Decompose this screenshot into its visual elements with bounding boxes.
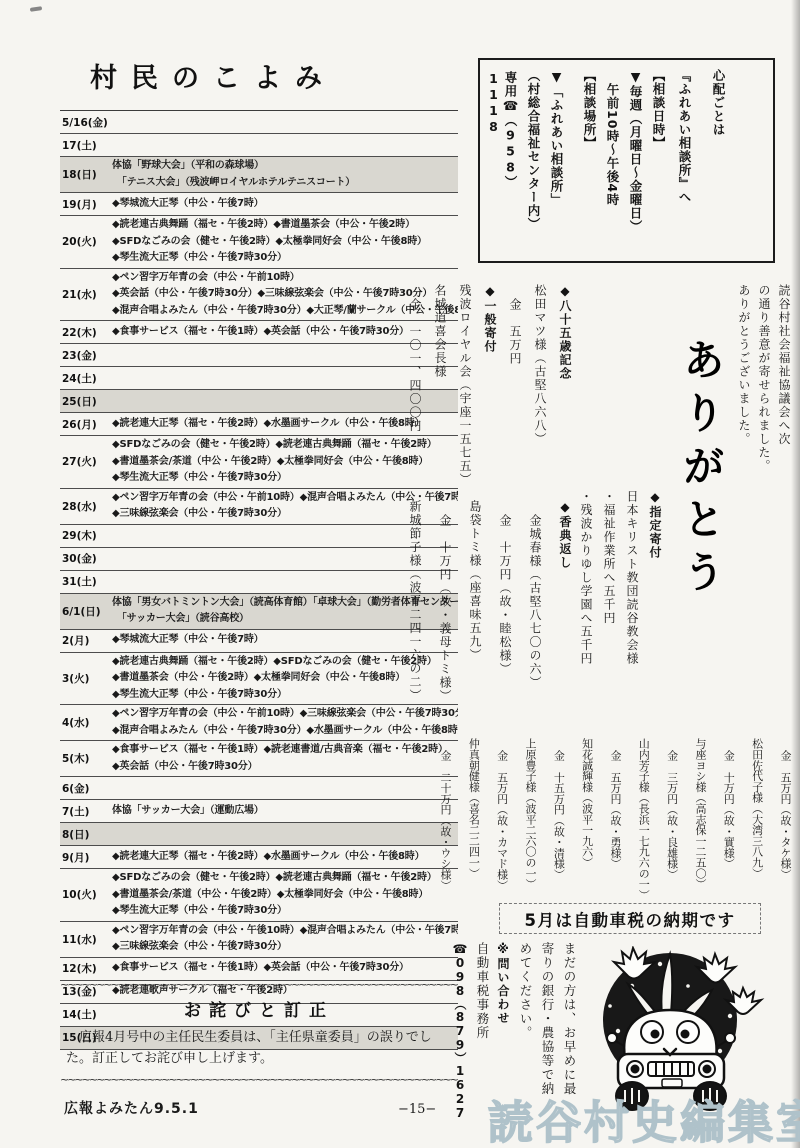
donation-entry-column: 金 一〇一、四〇〇円 [407, 298, 424, 490]
calendar-row: 5/16(金) [60, 111, 458, 134]
calendar-events: ◆食事サービス（福セ・午後1時）◆英会話（中公・午後7時30分） [112, 960, 458, 977]
condolence-entry-column: 島袋トミ様（座喜味五九） [467, 500, 484, 738]
calendar-date: 11(水) [60, 932, 112, 947]
consultation-detail-column: ▼毎週（月曜日～金曜日） [626, 69, 644, 252]
donation-entry-column: 名城道喜会長様 [432, 284, 449, 490]
calendar-date: 31(土) [60, 574, 112, 589]
calendar-row: 2(月)◆琴城流大正琴（中公・午後7時） [60, 630, 458, 653]
designated-donation-column: ◆指定寄付 [647, 490, 664, 738]
consultation-detail-column: 【相談日時】 [649, 69, 667, 252]
calendar-row: 17(土) [60, 134, 458, 157]
condolence-entry-column: 金 十万円（故・實様） [720, 750, 736, 908]
designated-donation-column: ・福祉作業所へ五千円 [601, 490, 618, 738]
correction-body: 広報4月号中の主任民生委員は、「主任県童委員」の誤りでした。訂正してお詫び申し上… [66, 1027, 452, 1069]
donation-entry-column: 金 五万円 [507, 298, 524, 490]
event-line: 体協「野球大会」（平和の森球場） [112, 158, 458, 175]
calendar-row: 6(金) [60, 777, 458, 800]
calendar-row: 10(火)◆SFDなごみの会（健セ・午後2時）◆読老連古典舞踊（福セ・午後2時）… [60, 869, 458, 922]
condolence-entry-column: 金 五万円（故・カマド様） [494, 750, 510, 908]
calendar-date: 7(土) [60, 804, 112, 819]
calendar-events: ◆琴城流大正琴（中公・午後7時） [112, 196, 458, 213]
calendar-row: 24(土) [60, 367, 458, 390]
newsletter-issue-label: 広報よみたん9.5.1 [64, 1098, 199, 1118]
condolence-entry-column: 松田佐代子様（大湾三八九） [749, 738, 765, 908]
calendar-events: 体協「野球大会」（平和の森球場） 「テニス大会」（残波岬ロイヤルホテルテニスコー… [112, 158, 458, 191]
donations-intro-column: 読谷村社会福祉協議会へ次 [776, 284, 793, 738]
calendar-row: 19(月)◆琴城流大正琴（中公・午後7時） [60, 193, 458, 216]
calendar-date: 2(月) [60, 633, 112, 648]
calendar-date: 30(金) [60, 551, 112, 566]
calendar-title: 村民のこよみ [90, 56, 458, 95]
calendar-row: 26(月)◆読老連大正琴（福セ・午後2時）◆水墨画サークル（中公・午後8時） [60, 413, 458, 436]
wavy-divider-bottom: ~~~~~~~~~~~~~~~~~~~~~~~~~~~~~~~~~~~~~~~~… [60, 1075, 458, 1085]
event-line: 「テニス大会」（残波岬ロイヤルホテルテニスコート） [112, 175, 458, 192]
condolence-entry-column: ◆香典返し [557, 500, 574, 738]
calendar-date: 12(木) [60, 961, 112, 976]
calendar-date: 5(木) [60, 751, 112, 766]
event-line: ◆三味線弦楽会（中公・午後7時30分） [112, 939, 458, 956]
calendar-date: 3(火) [60, 671, 112, 686]
designated-donations-list: ◆指定寄付日本キリスト教団読谷教会様・福祉作業所へ五千円・残波かりゆし学園へ五千… [578, 490, 664, 738]
calendar-date: 6/1(日) [60, 604, 112, 619]
event-line: 体協「サッカー大会」（運動広場） [112, 803, 458, 820]
calendar-date: 22(木) [60, 325, 112, 340]
condolence-entry-column: 金 十五万円（故・清様） [550, 750, 566, 908]
calendar-date: 19(月) [60, 197, 112, 212]
event-line: ◆ペン習字万年青の会（中公・午後10時）◆混声合唱よみたん（中公・午後7時30分… [112, 923, 458, 940]
donation-entry-column: 松田マツ様（古堅八六八） [532, 284, 549, 490]
condolence-return-list: ◆香典返し金城春様（古堅八七〇の六）金 十万円（故・睦松様）島袋トミ様（座喜味五… [437, 500, 574, 738]
event-line: ◆琴生流大正琴（中公・午後7時30分） [112, 250, 458, 267]
condolence-entry-column: 与座ヨシ様（高志保一二五〇） [692, 738, 708, 908]
condolence-entry-column: 上原豊子様（波平二六〇の一） [522, 738, 538, 908]
donation-entry-column: 残波ロイヤル会（宇座一五七五） [457, 284, 474, 490]
calendar-date: 21(水) [60, 287, 112, 302]
calendar-row: 20(火)◆読老連古典舞踊（福セ・午後2時）◆書道墨茶会（中公・午後2時）◆SF… [60, 216, 458, 269]
condolence-entry-column: 山内芳子様（長浜一七九六の一） [635, 738, 651, 908]
donations-section: 読谷村社会福祉協議会へ次の通り善意が寄せられました。ありがとうございました。 あ… [437, 272, 793, 738]
calendar-date: 23(金) [60, 348, 112, 363]
correction-notice: ~~~~~~~~~~~~~~~~~~~~~~~~~~~~~~~~~~~~~~~~… [60, 980, 458, 1085]
condolence-entry-column: 知花誠輝様（波平一九六） [579, 738, 595, 908]
designated-donation-column: 日本キリスト教団読谷教会様 [624, 490, 641, 738]
anniversary-general-donations-list: ◆八十五歳記念松田マツ様（古堅八六八）金 五万円◆一般寄付残波ロイヤル会（宇座一… [437, 284, 574, 490]
condolence-entry-column: 仲真朝健様（喜名二二四一） [465, 738, 481, 908]
calendar-row: 25(日) [60, 390, 458, 413]
consultation-detail-column: （村総合福祉センター内） [524, 69, 542, 252]
donation-entry-column: ◆一般寄付 [482, 284, 499, 490]
village-calendar-section: 村民のこよみ 5/16(金)17(土)18(日)体協「野球大会」（平和の森球場）… [60, 56, 458, 1050]
page-number: −15− [398, 1102, 436, 1117]
calendar-row: 21(水)◆ペン習字万年青の会（中公・午前10時）◆英会話（中公・午後7時30分… [60, 269, 458, 322]
correction-title: お詫びと訂正 [60, 996, 458, 1021]
calendar-date: 28(水) [60, 499, 112, 514]
consultation-detail-column: 専用☎（958）1118 [486, 71, 519, 252]
calendar-row: 28(水)◆ペン習字万年青の会（中公・午前10時）◆混声合唱よみたん（中公・午後… [60, 489, 458, 525]
condolence-entry-column: 金 五万円（故・勇様） [607, 750, 623, 908]
calendar-events: 体協「サッカー大会」（運動広場） [112, 803, 458, 820]
event-line: ◆書道墨茶会/茶道（中公・午後2時）◆太極拳同好会（中公・午後8時） [112, 887, 458, 904]
calendar-row: 7(土)体協「サッカー大会」（運動広場） [60, 800, 458, 823]
calendar-row: 22(木)◆食事サービス（福セ・午後1時）◆英会話（中公・午後7時30分） [60, 321, 458, 344]
condolence-entry-column: 新城節子様（波平二四一六の二） [407, 500, 424, 738]
calendar-row: 31(土) [60, 571, 458, 594]
calendar-table: 5/16(金)17(土)18(日)体協「野球大会」（平和の森球場） 「テニス大会… [60, 110, 458, 1050]
donations-intro-column: の通り善意が寄せられました。 [756, 284, 773, 738]
event-line: ◆SFDなごみの会（健セ・午後2時）◆読老連古典舞踊（福セ・午後2時） [112, 870, 458, 887]
calendar-row: 29(木) [60, 525, 458, 548]
donations-intro-column: ありがとうございました。 [736, 284, 753, 738]
tax-banner: 5月は自動車税の納期です [499, 903, 761, 934]
donations-heading: ありがとう [671, 338, 731, 738]
event-line: ◆琴生流大正琴（中公・午後7時30分） [112, 903, 458, 920]
calendar-row: 18(日)体協「野球大会」（平和の森球場） 「テニス大会」（残波岬ロイヤルホテル… [60, 157, 458, 193]
calendar-row: 4(水)◆ペン習字万年青の会（中公・午前10時）◆三味線弦楽会（中公・午後7時3… [60, 705, 458, 741]
calendar-date: 20(火) [60, 234, 112, 249]
calendar-events: ◆読老連大正琴（福セ・午後2時）◆水墨画サークル（中公・午後8時） [112, 849, 458, 866]
calendar-date: 17(土) [60, 138, 112, 153]
calendar-row: 12(木)◆食事サービス（福セ・午後1時）◆英会話（中公・午後7時30分） [60, 958, 458, 981]
condolence-entry-column: 金 三万円（故・良雄様） [664, 750, 680, 908]
calendar-date: 26(月) [60, 417, 112, 432]
event-line: ◆読老連古典舞踊（福セ・午後2時）◆書道墨茶会（中公・午後2時） [112, 217, 458, 234]
calendar-row: 23(金) [60, 344, 458, 367]
donation-entry-column: ◆八十五歳記念 [557, 284, 574, 490]
donations-intro: 読谷村社会福祉協議会へ次の通り善意が寄せられました。ありがとうございました。 [736, 284, 793, 738]
calendar-row: 8(日) [60, 823, 458, 846]
calendar-events: ◆読老連古典舞踊（福セ・午後2時）◆書道墨茶会（中公・午後2時）◆SFDなごみの… [112, 217, 458, 267]
calendar-date: 25(日) [60, 394, 112, 409]
condolence-entry-column: 金 五万円（故・タケ様） [777, 750, 793, 908]
calendar-date: 9(月) [60, 850, 112, 865]
calendar-date: 6(金) [60, 781, 112, 796]
event-line: ◆琴城流大正琴（中公・午後7時） [112, 196, 458, 213]
donations-left-block: ◆八十五歳記念松田マツ様（古堅八六八）金 五万円◆一般寄付残波ロイヤル会（宇座一… [437, 284, 574, 738]
calendar-row: 30(金) [60, 548, 458, 571]
calendar-date: 27(火) [60, 454, 112, 469]
consultation-lead-text: 心配ごとは [709, 69, 727, 252]
calendar-row: 5(木)◆食事サービス（福セ・午後1時）◆読老連書道/古典音楽（福セ・午後2時）… [60, 741, 458, 777]
condolence-return-list-continued: 金 五万円（故・タケ様）松田佐代子様（大湾三八九）金 十万円（故・實様）与座ヨシ… [437, 738, 793, 908]
wavy-divider-top: ~~~~~~~~~~~~~~~~~~~~~~~~~~~~~~~~~~~~~~~~… [60, 980, 458, 990]
consultation-title: 『ふれあい相談所』へ [675, 69, 693, 252]
condolence-entry-column: 金 十万円（故・義母トミ様） [437, 514, 454, 738]
event-line: ◆ペン習字万年青の会（中公・午前10時） [112, 270, 458, 287]
tax-text-column: ☎098（879）1627 [452, 942, 469, 1144]
condolence-entry-column: 金 二十万円（故・ウシ様） [437, 750, 453, 908]
archive-watermark: 読谷村史編集室 [488, 1086, 800, 1148]
event-line: ◆英会話（中公・午後7時30分） [112, 759, 458, 776]
event-line: ◆読老連大正琴（福セ・午後2時）◆水墨画サークル（中公・午後8時） [112, 849, 458, 866]
consultation-office-box: 心配ごとは 『ふれあい相談所』へ 【相談日時】▼毎週（月曜日～金曜日）午前10時… [478, 58, 775, 263]
event-line: ◆食事サービス（福セ・午後1時）◆読老連書道/古典音楽（福セ・午後2時） [112, 742, 458, 759]
calendar-date: 18(日) [60, 167, 112, 182]
calendar-row: 3(火)◆読老連古典舞踊（福セ・午後2時）◆SFDなごみの会（健セ・午後2時）◆… [60, 653, 458, 706]
consultation-detail-column: 午前10時～午後4時 [603, 83, 621, 252]
designated-donation-column: ・残波かりゆし学園へ五千円 [578, 490, 595, 738]
calendar-row: 11(水)◆ペン習字万年青の会（中公・午後10時）◆混声合唱よみたん（中公・午後… [60, 922, 458, 958]
event-line: ◆SFDなごみの会（健セ・午後2時）◆太極拳同好会（中公・午後8時） [112, 234, 458, 251]
calendar-row: 6/1(日)体協「男女バトミントン大会」（読高体育館）「卓球大会」（勤労者体育セ… [60, 594, 458, 630]
calendar-date: 10(火) [60, 887, 112, 902]
calendar-events: ◆ペン習字万年青の会（中公・午後10時）◆混声合唱よみたん（中公・午後7時30分… [112, 923, 458, 956]
calendar-date: 29(木) [60, 528, 112, 543]
consultation-detail-column: ▼「ふれあい相談所」 [547, 69, 565, 252]
condolence-entry-column: 金 十万円（故・睦松様） [497, 514, 514, 738]
calendar-date: 24(土) [60, 371, 112, 386]
calendar-date: 4(水) [60, 715, 112, 730]
calendar-date: 8(日) [60, 827, 112, 842]
scan-artifact [30, 6, 42, 12]
calendar-events: ◆食事サービス（福セ・午後1時）◆読老連書道/古典音楽（福セ・午後2時）◆英会話… [112, 742, 458, 775]
consultation-details: 【相談日時】▼毎週（月曜日～金曜日）午前10時～午後4時【相談場所】▼「ふれあい… [462, 69, 667, 252]
calendar-row: 9(月)◆読老連大正琴（福セ・午後2時）◆水墨画サークル（中公・午後8時） [60, 846, 458, 869]
calendar-row: 27(火)◆SFDなごみの会（健セ・午後2時）◆読老連古典舞踊（福セ・午後2時）… [60, 436, 458, 489]
event-line: ◆食事サービス（福セ・午後1時）◆英会話（中公・午後7時30分） [112, 960, 458, 977]
consultation-detail-column: 【相談場所】 [580, 69, 598, 252]
condolence-entry-column: 金城春様（古堅八七〇の六） [527, 514, 544, 738]
calendar-date: 5/16(金) [60, 115, 112, 130]
calendar-events: ◆SFDなごみの会（健セ・午後2時）◆読老連古典舞踊（福セ・午後2時）◆書道墨茶… [112, 870, 458, 920]
